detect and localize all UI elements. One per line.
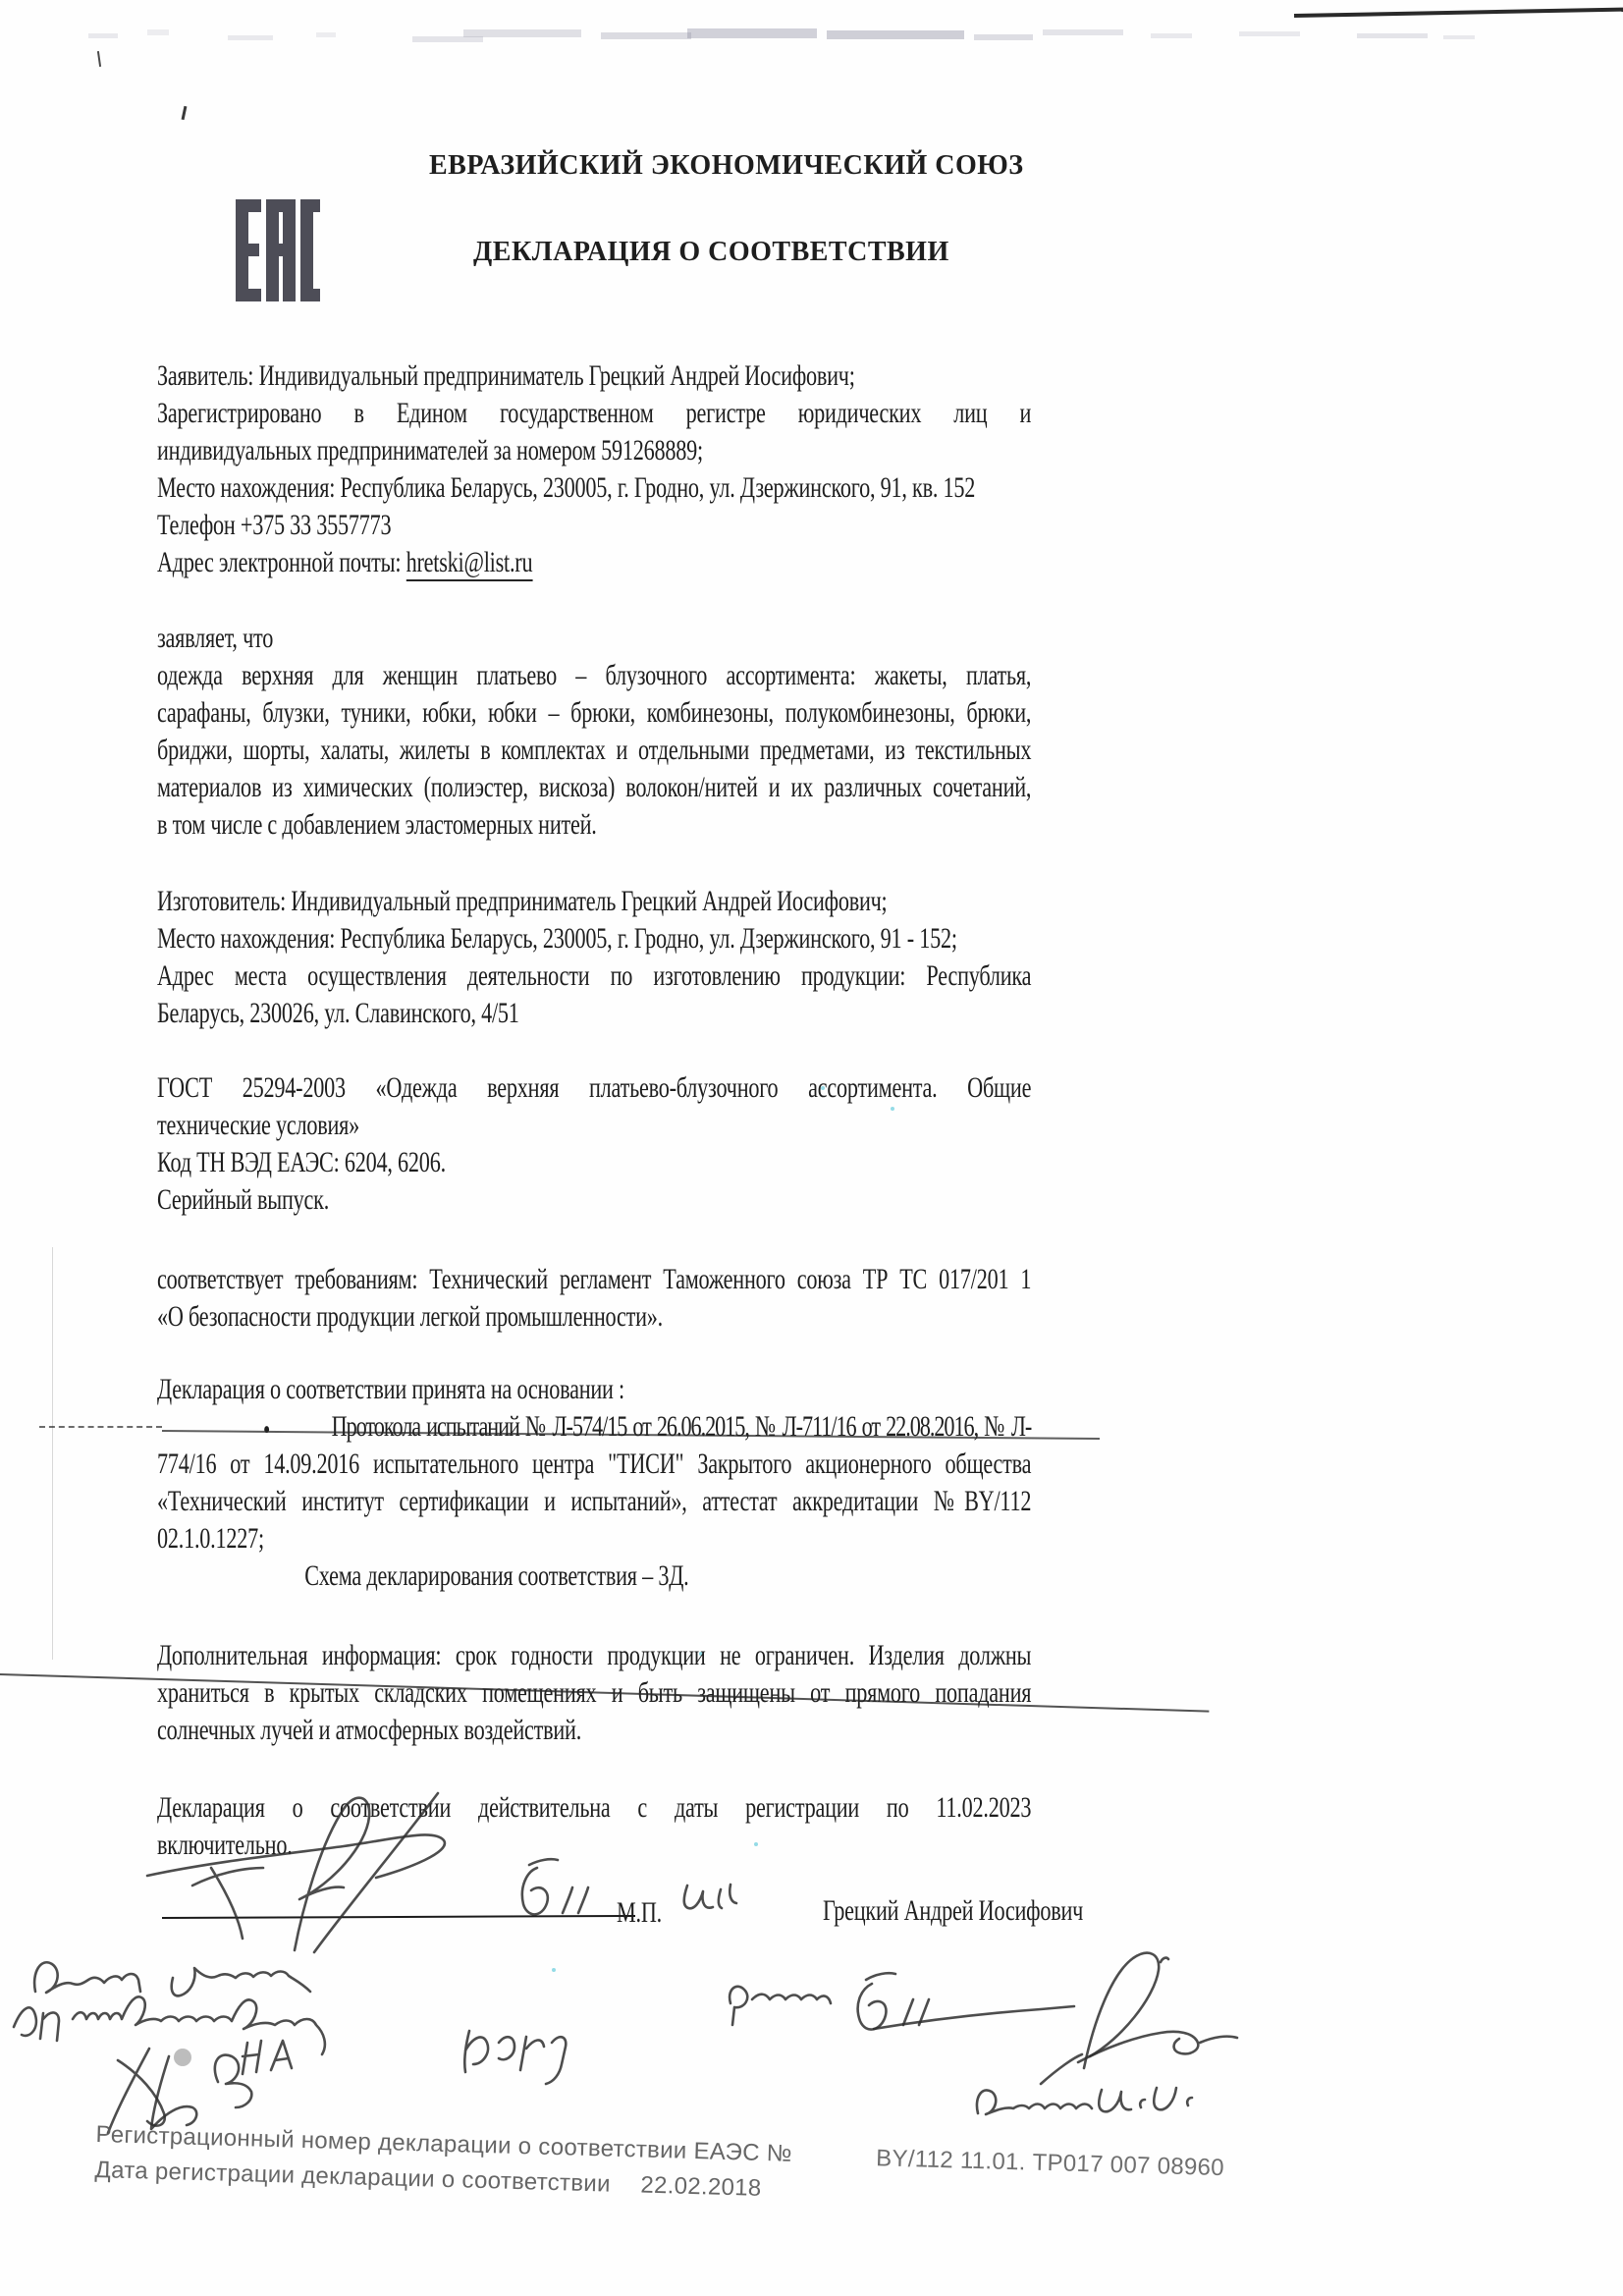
manufacturer-line: Беларусь, 230026, ул. Славинского, 4/51 [157,995,1031,1032]
basis-line: 02.1.0.1227; [157,1520,1031,1558]
handwritten-ip-right [684,1885,736,1908]
scan-noise [1043,29,1123,35]
handwritten-name-right [977,2088,1192,2114]
signatory-name: Грецкий Андрей Иосифович [823,1892,1083,1930]
registration-stamp: Регистрационный номер декларации о соотв… [94,2121,1373,2227]
basis-line: Протокола испытаний № Л-574/15 от 26.06.… [157,1408,1031,1446]
applicant-line: Телефон +375 33 3557773 [157,507,1031,544]
handwritten-bp-left [522,1859,588,1914]
scan-noise [687,28,817,38]
product-section: заявляет, что одежда верхняя для женщин … [157,620,1031,844]
standard-line: Код ТН ВЭД ЕАЭС: 6204, 6206. [157,1144,1031,1181]
scan-artifact-line [52,1247,53,1660]
additional-line: солнечных лучей и атмосферных воздействи… [157,1712,1031,1749]
manufacturer-line: Изготовитель: Индивидуальный предпринима… [157,883,1031,920]
compliance-line: соответствует требованиям: Технический р… [157,1261,1031,1298]
stamp-place-label: М.П. [617,1894,662,1932]
scan-artifact-line [39,1426,162,1428]
handwritten-signature-left [108,2049,251,2133]
applicant-line: Заявитель: Индивидуальный предпринимател… [157,357,1031,395]
basis-line: 774/16 от 14.09.2016 испытательного цент… [157,1446,1031,1483]
standard-line: Серийный выпуск. [157,1181,1031,1219]
handwritten-signature-right [874,1953,1237,2084]
standard-line: ГОСТ 25294-2003 «Одежда верхняя платьево… [157,1069,1031,1107]
validity-line: включительно. [157,1827,1031,1864]
scan-artifact-line [1294,8,1623,18]
handwritten-copy-note-left [34,1962,310,1995]
signature-line [162,1915,635,1919]
applicant-section: Заявитель: Индивидуальный предпринимател… [157,357,1031,581]
applicant-line: индивидуальных предпринимателей за номер… [157,432,1031,469]
product-line: сарафаны, блузки, туники, юбки, юбки – б… [157,694,1031,732]
compliance-section: соответствует требованиям: Технический р… [157,1261,1031,1336]
email-link: hretski@list.ru [406,546,533,581]
scheme-line: Схема декларирования соответствия – 3Д. [157,1558,1031,1595]
validity-line: Декларация о соответствии действительна … [157,1789,1031,1827]
product-line: заявляет, что [157,620,1031,657]
manufacturer-line: Адрес места осуществления деятельности п… [157,957,1031,995]
registration-number: BY/112 11.01. ТР017 007 08960 [876,2145,1224,2182]
manufacturer-section: Изготовитель: Индивидуальный предпринима… [157,883,1031,1032]
scan-noise [827,30,964,39]
additional-line: Дополнительная информация: срок годности… [157,1637,1031,1674]
applicant-line: Место нахождения: Республика Беларусь, 2… [157,469,1031,507]
basis-line: «Технический институт сертификации и исп… [157,1483,1031,1520]
scan-noise [147,29,169,35]
handwritten-copy-note-mid [464,1973,929,2084]
scan-noise [1443,35,1475,39]
email-label: Адрес электронной почты: [157,546,406,578]
eac-logo-icon [236,196,320,304]
scan-artifact-mark [97,51,101,67]
scan-noise [974,34,1033,40]
standard-section: ГОСТ 25294-2003 «Одежда верхняя платьево… [157,1069,1031,1219]
validity-section: Декларация о соответствии действительна … [157,1789,1031,1864]
product-line: бриджи, шорты, халаты, жилеты в комплект… [157,732,1031,769]
scan-noise [1151,33,1192,38]
scan-noise [463,29,581,37]
basis-intro: Декларация о соответствии принята на осн… [157,1371,1031,1408]
scan-noise [88,33,118,38]
page: ЕВРАЗИЙСКИЙ ЭКОНОМИЧЕСКИЙ СОЮЗ ДЕКЛАРАЦИ… [0,0,1623,2296]
basis-section: Декларация о соответствии принята на осн… [157,1371,1031,1595]
compliance-line: «О безопасности продукции легкой промышл… [157,1298,1031,1336]
registration-date: 22.02.2018 [640,2172,762,2203]
product-line: в том числе с добавлением эластомерных н… [157,806,1031,844]
scan-noise [1239,31,1300,36]
applicant-email-line: Адрес электронной почты: hretski@list.ru [157,544,1031,581]
scan-speck [552,1968,556,1972]
union-title: ЕВРАЗИЙСКИЙ ЭКОНОМИЧЕСКИЙ СОЮЗ [429,150,1024,182]
manufacturer-line: Место нахождения: Республика Беларусь, 2… [157,920,1031,957]
scan-artifact-mark [182,106,188,120]
scan-noise [1357,33,1428,38]
applicant-line: Зарегистрировано в Едином государственно… [157,395,1031,432]
scan-noise [228,35,273,40]
product-line: одежда верхняя для женщин платьево – блу… [157,657,1031,694]
scan-noise [601,32,691,39]
page-title: ДЕКЛАРАЦИЯ О СООТВЕТСТВИИ [473,237,949,268]
standard-line: технические условия» [157,1107,1031,1144]
scan-noise [316,32,336,37]
product-line: материалов из химических (полиэстер, вис… [157,769,1031,806]
handwritten-owner-note-left [14,1996,325,2074]
